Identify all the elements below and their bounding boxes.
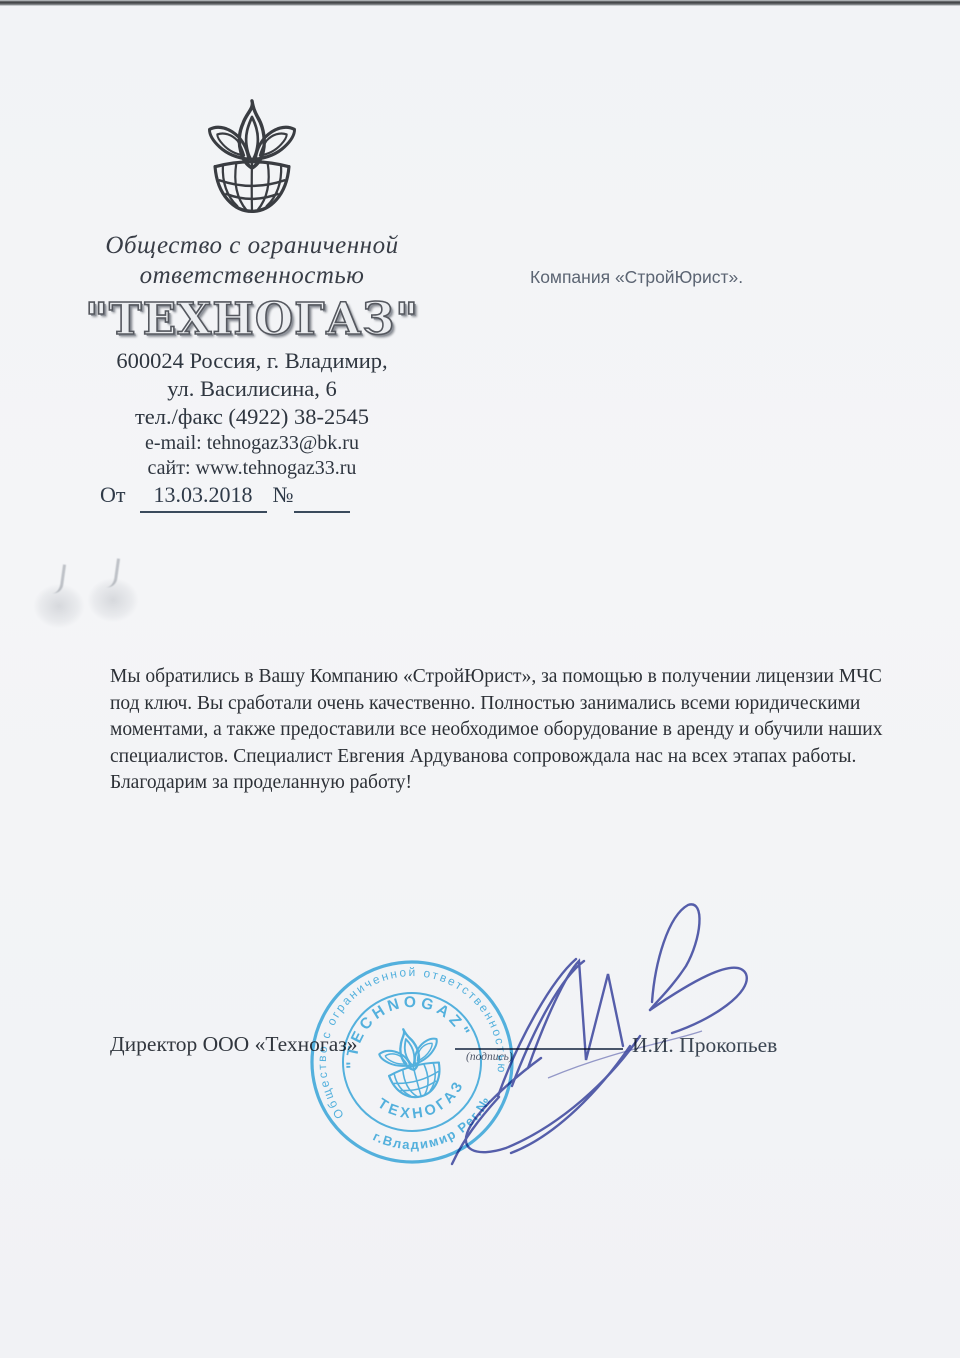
date-prefix-label: От [100, 482, 126, 507]
date-value: 13.03.2018 [140, 482, 267, 513]
date-number-row: От13.03.2018№ [100, 482, 350, 513]
handwritten-signature [420, 888, 810, 1180]
scan-edge-artifact [0, 0, 960, 6]
company-name: "ТЕХНОГАЗ" [58, 293, 446, 347]
flame-globe-logo-icon [196, 96, 308, 220]
scan-smudge-artifact [82, 552, 144, 626]
email-line: e-mail: tehnogaz33@bk.ru [58, 431, 446, 456]
address-line2: ул. Василисина, 6 [58, 375, 446, 403]
scan-smudge-artifact [28, 558, 90, 632]
recipient-label: Компания «СтройЮрист». [530, 267, 743, 288]
address-line1: 600024 Россия, г. Владимир, [58, 347, 446, 375]
site-line: сайт: www.tehnogaz33.ru [58, 456, 446, 481]
org-type-line1: Общество с ограниченной [58, 231, 446, 261]
org-type-line2: ответственностью [58, 261, 446, 291]
letter-body-paragraph: Мы обратились в Вашу Компанию «СтройЮрис… [110, 664, 894, 797]
letterhead: Общество с ограниченной ответственностью… [58, 96, 446, 481]
number-underline [294, 487, 350, 513]
number-sign-label: № [273, 482, 294, 507]
phone-line: тел./факс (4922) 38-2545 [58, 403, 446, 431]
